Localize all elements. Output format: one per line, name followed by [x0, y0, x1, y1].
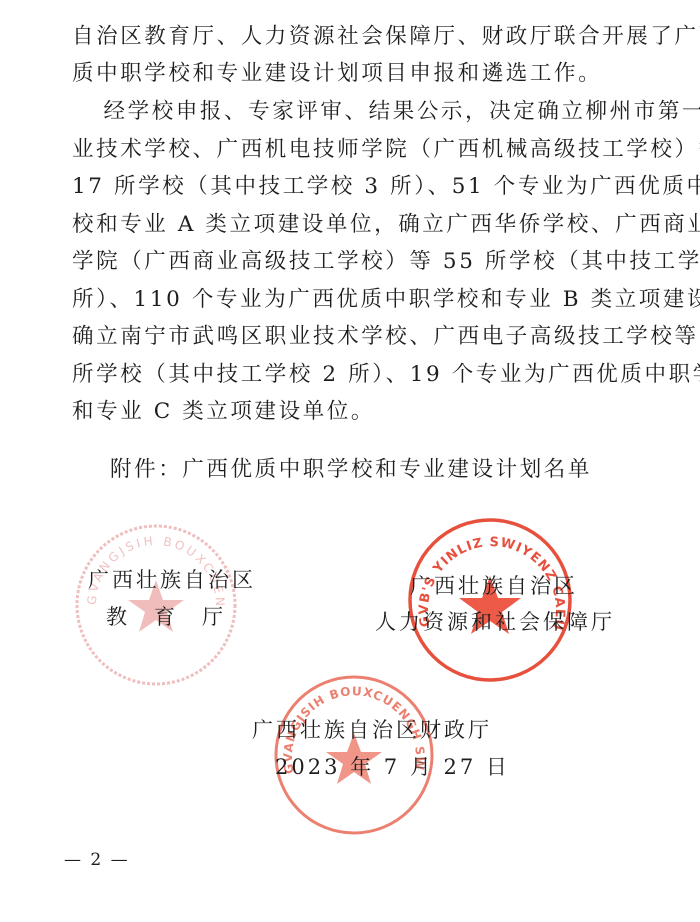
page-number: — 2 —	[64, 850, 130, 870]
finance-sig-line1: 广西壮族自治区财政厅	[252, 716, 492, 744]
body-line: 确立南宁市武鸣区职业技术学校、广西电子高级技工学校等 19	[72, 323, 700, 351]
body-line: 校和专业 A 类立项建设单位，确立广西华侨学校、广西商业技师	[72, 211, 700, 239]
body-line: 质中职学校和专业建设计划项目申报和遴选工作。	[72, 60, 602, 88]
body-line: 和专业 C 类立项建设单位。	[72, 398, 375, 426]
body-line: 所学校（其中技工学校 2 所）、19 个专业为广西优质中职学校	[72, 361, 700, 389]
attachment-line: 附件：广西优质中职学校和专业建设计划名单	[110, 456, 592, 484]
body-line: 17 所学校（其中技工学校 3 所）、51 个专业为广西优质中职学	[72, 173, 700, 201]
body-line: 所）、110 个专业为广西优质中职学校和专业 B 类立项建设单位，	[72, 286, 700, 314]
body-line: 自治区教育厅、人力资源社会保障厅、财政厅联合开展了广西优	[72, 23, 700, 51]
body-line: 学院（广西商业高级技工学校）等 55 所学校（其中技工学校 7	[72, 248, 700, 276]
education-sig-line2: 教 育 厅	[106, 603, 226, 631]
hr-sig-line1: 广西壮族自治区	[410, 572, 578, 600]
document-page: GVANGJSIH BOUXCUENGH GVB'S YINLIZ SWIYEN…	[0, 0, 700, 922]
education-sig-line1: 广西壮族自治区	[88, 566, 256, 594]
signing-date: 2023 年 7 月 27 日	[275, 753, 510, 781]
body-line: 经学校申报、专家评审、结果公示，决定确立柳州市第一职	[70, 98, 700, 126]
hr-stamp: GVB'S YINLIZ SWIYENZ CAEUQ SEVEI BAUJCAN…	[406, 516, 574, 684]
hr-sig-line2: 人力资源和社会保障厅	[375, 608, 615, 636]
body-line: 业技术学校、广西机电技师学院（广西机械高级技工学校）等	[72, 136, 700, 164]
